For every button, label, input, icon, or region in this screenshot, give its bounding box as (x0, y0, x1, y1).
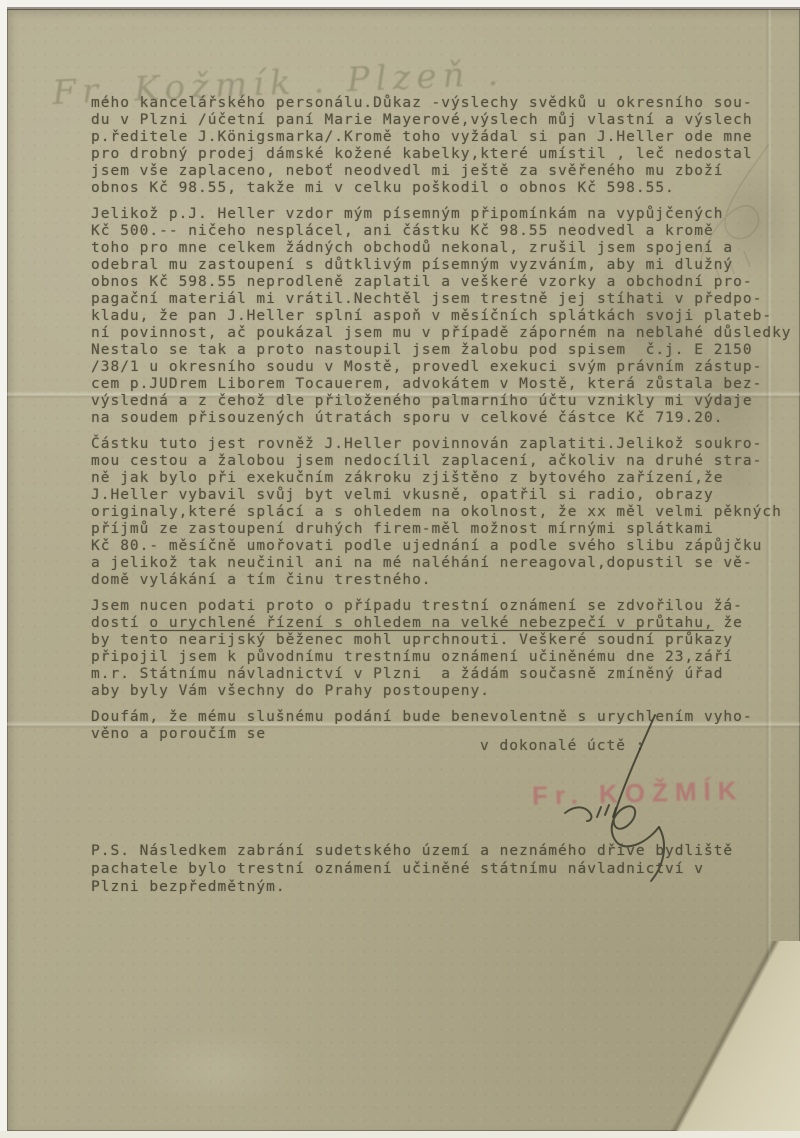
postscript: P.S. Následkem zabrání sudetského území … (91, 842, 733, 896)
paragraph-debt: Jelikož p.J. Heller vzdor mým písemným p… (91, 206, 791, 427)
scan-edge-left (0, 0, 7, 1138)
underlined-urgency-phrase: o urychlené řízení s ohledem na velké ne… (149, 615, 713, 631)
paragraph-evidence: mého kancelářského personálu.Důkaz -výsl… (91, 95, 791, 197)
paragraph-complaint: Jsem nucen podati proto o případu trestn… (91, 598, 791, 700)
corner-fold (650, 941, 800, 1131)
letter-page: Fr. Kožmík . Plzeň . mého kancelářského … (7, 9, 800, 1131)
scan-edge-bottom (0, 1131, 800, 1138)
stain (127, 1029, 307, 1109)
scan-edge-top (7, 7, 800, 10)
paragraph-obligation: Částku tuto jest rovněž J.Heller povinno… (91, 436, 791, 589)
letter-body: mého kancelářského personálu.Důkaz -výsl… (91, 95, 791, 752)
